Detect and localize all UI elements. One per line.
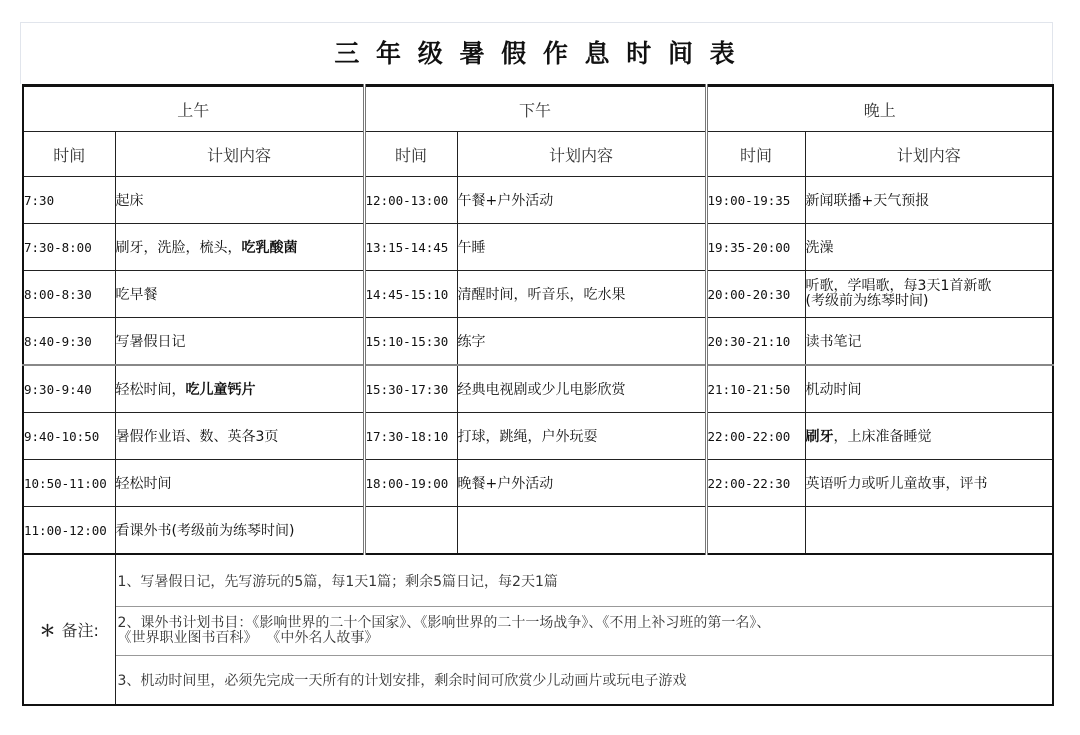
time-cell: 15:10-15:30 bbox=[364, 318, 457, 366]
activity-cell: 新闻联播+天气预报 bbox=[805, 177, 1053, 224]
activity-cell: 轻松时间 bbox=[115, 460, 364, 507]
activity-cell: 英语听力或听儿童故事，评书 bbox=[805, 460, 1053, 507]
time-cell: 9:40-10:50 bbox=[23, 413, 115, 460]
activity-cell: 午睡 bbox=[457, 224, 706, 271]
notes-row: 3、机动时间里，必须先完成一天所有的计划安排，剩余时间可欣赏少儿动画片或玩电子游… bbox=[23, 656, 1053, 706]
time-cell: 8:40-9:30 bbox=[23, 318, 115, 366]
page-title: 三 年 级 暑 假 作 息 时 间 表 bbox=[334, 23, 738, 85]
table-row: 11:00-12:00 看课外书(考级前为练琴时间) bbox=[23, 507, 1053, 555]
table-row: 8:00-8:30 吃早餐 14:45-15:10 清醒时间，听音乐，吃水果 2… bbox=[23, 271, 1053, 318]
column-header-row: 时间 计划内容 时间 计划内容 时间 计划内容 bbox=[23, 132, 1053, 177]
activity-cell bbox=[457, 507, 706, 555]
time-cell: 20:30-21:10 bbox=[706, 318, 805, 366]
activity-cell bbox=[805, 507, 1053, 555]
time-cell: 10:50-11:00 bbox=[23, 460, 115, 507]
activity-cell: 洗澡 bbox=[805, 224, 1053, 271]
column-header-content: 计划内容 bbox=[115, 132, 364, 177]
time-cell: 22:00-22:30 bbox=[706, 460, 805, 507]
activity-cell: 看课外书(考级前为练琴时间) bbox=[115, 507, 364, 555]
activity-cell: 清醒时间，听音乐，吃水果 bbox=[457, 271, 706, 318]
note-item: 1、写暑假日记，先写游玩的5篇，每1天1篇；剩余5篇日记，每2天1篇 bbox=[115, 554, 1053, 607]
time-cell: 7:30 bbox=[23, 177, 115, 224]
column-header-time: 时间 bbox=[364, 132, 457, 177]
activity-cell: 刷牙，洗脸，梳头，吃乳酸菌 bbox=[115, 224, 364, 271]
column-header-time: 时间 bbox=[706, 132, 805, 177]
section-header-row: 上午 下午 晚上 bbox=[23, 86, 1053, 132]
time-cell: 17:30-18:10 bbox=[364, 413, 457, 460]
activity-cell: 打球，跳绳，户外玩耍 bbox=[457, 413, 706, 460]
schedule-table: 上午 下午 晚上 时间 计划内容 时间 计划内容 时间 计划内容 7:30 起床… bbox=[22, 84, 1054, 706]
activity-cell: 经典电视剧或少儿电影欣赏 bbox=[457, 365, 706, 413]
activity-cell: 暑假作业语、数、英各3页 bbox=[115, 413, 364, 460]
table-row: 8:40-9:30 写暑假日记 15:10-15:30 练字 20:30-21:… bbox=[23, 318, 1053, 366]
notes-label: ＊备注: bbox=[23, 554, 115, 705]
section-header-morning: 上午 bbox=[23, 86, 364, 132]
time-cell: 9:30-9:40 bbox=[23, 365, 115, 413]
time-cell: 22:00-22:00 bbox=[706, 413, 805, 460]
table-row: 10:50-11:00 轻松时间 18:00-19:00 晚餐+户外活动 22:… bbox=[23, 460, 1053, 507]
table-row: 7:30-8:00 刷牙，洗脸，梳头，吃乳酸菌 13:15-14:45 午睡 1… bbox=[23, 224, 1053, 271]
column-header-content: 计划内容 bbox=[457, 132, 706, 177]
time-cell: 19:00-19:35 bbox=[706, 177, 805, 224]
time-cell: 8:00-8:30 bbox=[23, 271, 115, 318]
activity-cell: 刷牙，上床准备睡觉 bbox=[805, 413, 1053, 460]
time-cell: 20:00-20:30 bbox=[706, 271, 805, 318]
time-cell: 11:00-12:00 bbox=[23, 507, 115, 555]
activity-cell: 读书笔记 bbox=[805, 318, 1053, 366]
table-row: 9:30-9:40 轻松时间，吃儿童钙片 15:30-17:30 经典电视剧或少… bbox=[23, 365, 1053, 413]
table-row: 9:40-10:50 暑假作业语、数、英各3页 17:30-18:10 打球，跳… bbox=[23, 413, 1053, 460]
activity-cell: 午餐+户外活动 bbox=[457, 177, 706, 224]
activity-cell: 写暑假日记 bbox=[115, 318, 364, 366]
time-cell: 18:00-19:00 bbox=[364, 460, 457, 507]
activity-cell: 练字 bbox=[457, 318, 706, 366]
time-cell bbox=[364, 507, 457, 555]
table-row: 7:30 起床 12:00-13:00 午餐+户外活动 19:00-19:35 … bbox=[23, 177, 1053, 224]
activity-cell: 晚餐+户外活动 bbox=[457, 460, 706, 507]
activity-cell: 吃早餐 bbox=[115, 271, 364, 318]
notes-row: 2、课外书计划书目：《影响世界的二十个国家》、《影响世界的二十一场战争》、《不用… bbox=[23, 607, 1053, 656]
asterisk-icon: ＊ bbox=[40, 621, 56, 640]
note-item: 2、课外书计划书目：《影响世界的二十个国家》、《影响世界的二十一场战争》、《不用… bbox=[115, 607, 1053, 656]
time-cell: 7:30-8:00 bbox=[23, 224, 115, 271]
activity-cell: 起床 bbox=[115, 177, 364, 224]
activity-cell: 机动时间 bbox=[805, 365, 1053, 413]
title-area: 三 年 级 暑 假 作 息 时 间 表 bbox=[20, 22, 1053, 84]
activity-cell: 听歌，学唱歌，每3天1首新歌(考级前为练琴时间) bbox=[805, 271, 1053, 318]
time-cell: 14:45-15:10 bbox=[364, 271, 457, 318]
notes-row: ＊备注: 1、写暑假日记，先写游玩的5篇，每1天1篇；剩余5篇日记，每2天1篇 bbox=[23, 554, 1053, 607]
time-cell: 12:00-13:00 bbox=[364, 177, 457, 224]
time-cell bbox=[706, 507, 805, 555]
time-cell: 21:10-21:50 bbox=[706, 365, 805, 413]
section-header-evening: 晚上 bbox=[706, 86, 1053, 132]
time-cell: 19:35-20:00 bbox=[706, 224, 805, 271]
section-header-afternoon: 下午 bbox=[364, 86, 706, 132]
note-item: 3、机动时间里，必须先完成一天所有的计划安排，剩余时间可欣赏少儿动画片或玩电子游… bbox=[115, 656, 1053, 706]
column-header-content: 计划内容 bbox=[805, 132, 1053, 177]
time-cell: 15:30-17:30 bbox=[364, 365, 457, 413]
activity-cell: 轻松时间，吃儿童钙片 bbox=[115, 365, 364, 413]
column-header-time: 时间 bbox=[23, 132, 115, 177]
time-cell: 13:15-14:45 bbox=[364, 224, 457, 271]
